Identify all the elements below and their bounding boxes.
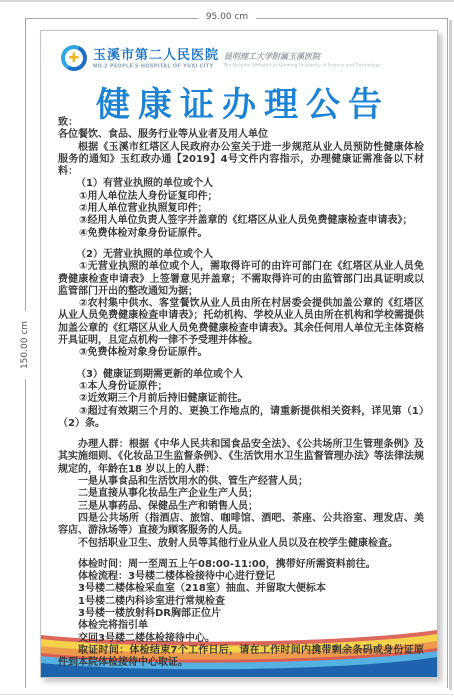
body-paragraph: ③经用人单位负责人签字并盖章的《红塔区从业人员免费健康检查申请表》；: [58, 215, 424, 227]
body-paragraph: 3号楼二楼体检采血室（218室）抽血、并留取大便标本: [58, 583, 424, 595]
poster-sheet: ✚ 玉溪市第二人民医院 昆明理工大学附属玉溪医院 NO.2 PEOPLE'S H…: [40, 30, 438, 678]
body-paragraph: 3号楼一楼放射科DR胸部正位片: [58, 608, 424, 620]
height-dimension-label: 150.00 cm: [20, 311, 30, 379]
body-paragraph: 一是从事食品和生活饮用水的供、管生产经营人员；: [58, 476, 424, 488]
hospital-name-block: 玉溪市第二人民医院 昆明理工大学附属玉溪医院 NO.2 PEOPLE'S HOS…: [93, 44, 438, 72]
body-paragraph: 根据《玉溪市红塔区人民政府办公室关于进一步规范从业人员预防性健康体检服务的通知》…: [58, 142, 424, 179]
body-paragraph: 二是直接从事化妆品生产企业生产人员；: [58, 488, 424, 500]
body-paragraph: 致：: [58, 117, 424, 129]
body-paragraph: 不包括职业卫生、放射人员等其他行业从业人员以及在校学生健康检查。: [58, 538, 424, 550]
body-paragraph: 体检完将指引单: [58, 620, 424, 632]
body-paragraph: ③超过有效期三个月的、更换工作地点的，请重新提供相关资料，详见第（1）（2）条。: [58, 406, 424, 431]
body-paragraph: ①用人单位法人身份证复印件；: [58, 191, 424, 203]
right-extent-line: [447, 18, 448, 688]
body-paragraph: ②近效期三个月前后持旧健康证前往。: [58, 393, 424, 405]
body-paragraph: （2）无营业执照的单位或个人: [58, 249, 424, 261]
hospital-logo-icon: ✚: [61, 45, 87, 71]
body-paragraph: （1）有营业执照的单位或个人: [58, 178, 424, 190]
body-paragraph: 取证时间：体检结束7个工作日后，请在工作时间内携带剩余条码或身份证原件到本院体检…: [58, 645, 424, 670]
body-paragraph: ②农村集中供水、客堂餐饮从业人员由所在村居委会提供加盖公章的《红塔区从业人员免费…: [58, 298, 424, 347]
body-paragraph: ④免费体检对象身份证原件。: [58, 228, 424, 240]
body-paragraph: 交回3号楼二楼体检接待中心。: [58, 633, 424, 645]
body-paragraph: ③免费体检对象身份证原件。: [58, 347, 424, 359]
screenshot-top-edge: [0, 0, 454, 2]
body-paragraph: ②用人单位营业执照复印件；: [58, 203, 424, 215]
body-paragraph: 体检流程：3号楼二楼体检接待中心进行登记: [58, 571, 424, 583]
body-paragraph: 1号楼二楼内科诊室进行常规检查: [58, 596, 424, 608]
hospital-logo-block: ✚ 玉溪市第二人民医院 昆明理工大学附属玉溪医院 NO.2 PEOPLE'S H…: [61, 44, 438, 72]
screenshot-right-edge: [449, 20, 452, 690]
screenshot-bottom-edge: [0, 694, 454, 695]
body-paragraph: 四是公共场所（指酒店、旅馆、咖啡馆、酒吧、茶座、公共浴室、理发店、美容店、游泳场…: [58, 513, 424, 538]
body-paragraph: 办理人群：根据《中华人民共和国食品安全法》、《公共场所卫生管理条例》及其实施细则…: [58, 439, 424, 476]
medical-cross-icon: ✚: [61, 45, 87, 71]
body-paragraph: ①本人身份证原件；: [58, 381, 424, 393]
body-paragraph: 各位餐饮、食品、服务行业等从业者及用人单位: [58, 129, 424, 141]
body-paragraph: 三是从事药品、保健品生产和销售人员；: [58, 501, 424, 513]
body-paragraph: 体检时间：周一至周五上午08:00-11:00，携带好所需资料前往。: [58, 559, 424, 571]
hospital-affiliation: 昆明理工大学附属玉溪医院: [224, 51, 320, 62]
hospital-name-english: NO.2 PEOPLE'S HOSPITAL OF YUXI CITY: [93, 63, 213, 69]
width-dimension-label: 95.00 cm: [0, 12, 454, 22]
body-paragraph: （3）健康证到期需更新的单位或个人: [58, 369, 424, 381]
poster-body: 致： 各位餐饮、食品、服务行业等从业者及用人单位 根据《玉溪市红塔区人民政府办公…: [58, 117, 424, 669]
hospital-affiliation-english: The Hospital Affiliated to Kunming Unive…: [223, 63, 379, 69]
body-paragraph: ①无营业执照的单位或个人，需取得许可的由许可部门在《红塔区从业人员免费健康检查申…: [58, 261, 424, 298]
hospital-name: 玉溪市第二人民医院: [93, 44, 219, 63]
